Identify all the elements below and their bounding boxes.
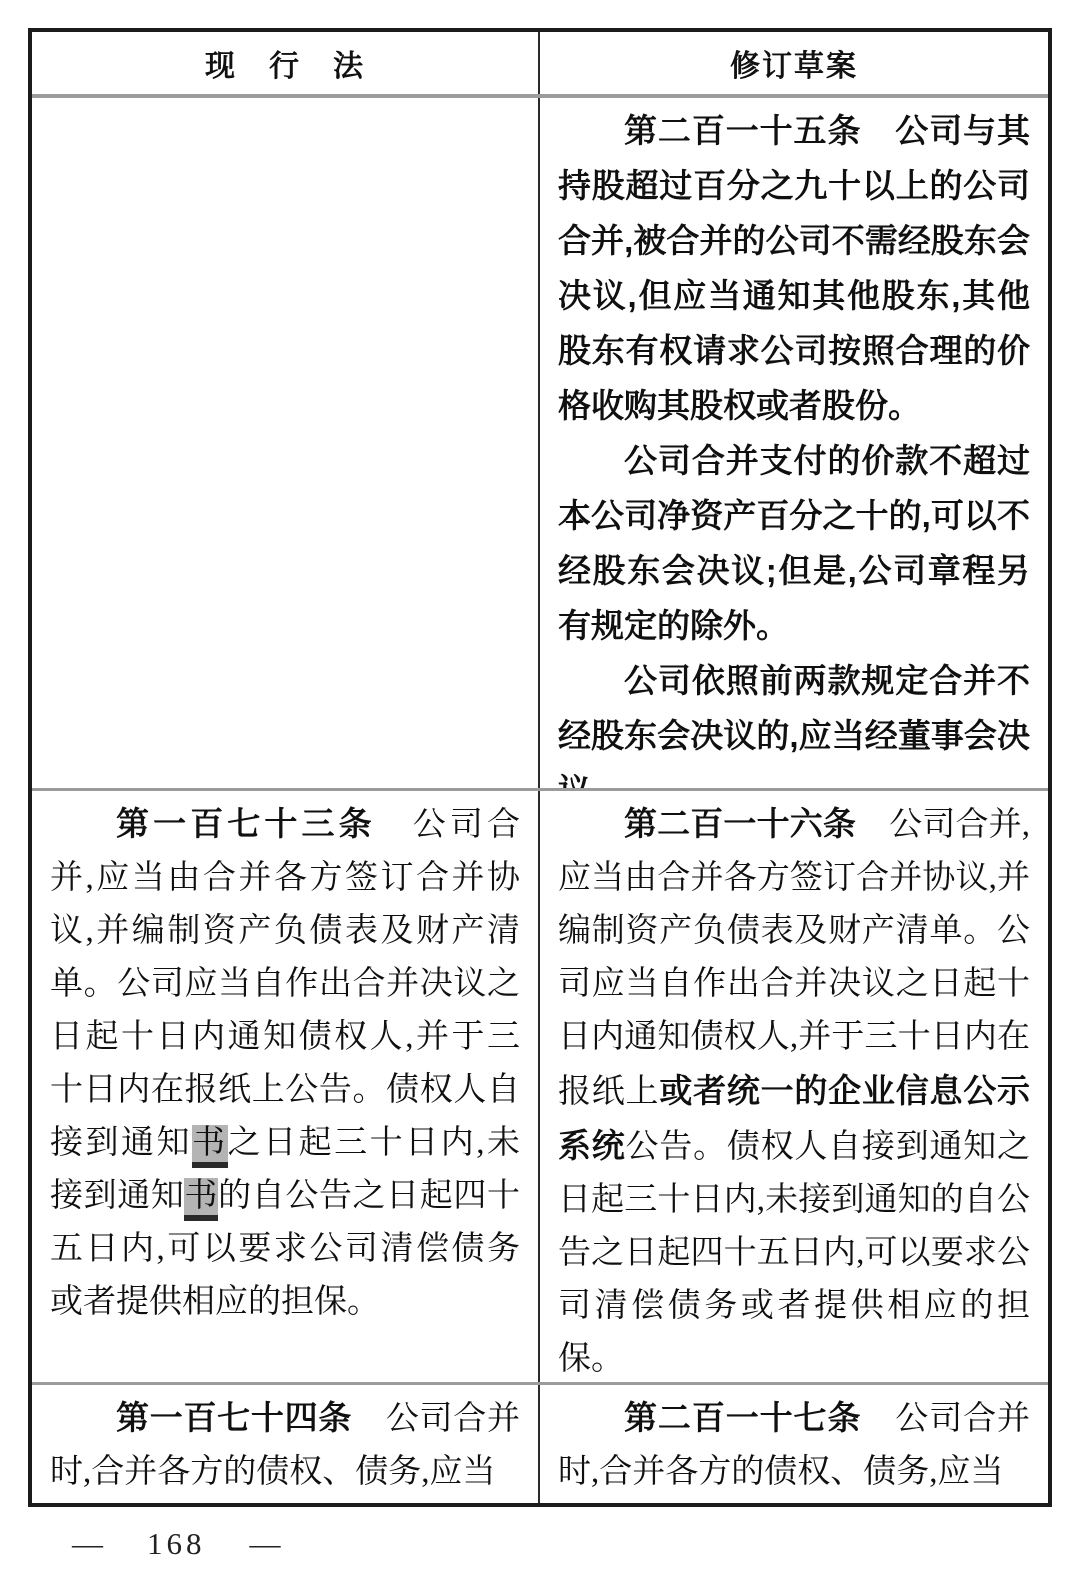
deleted-char-highlight: 书	[184, 1178, 218, 1221]
text-run: 公告。债权人自接到通知之日起三十日内,未接到通知的自公告之日起四十五日内,可以要…	[558, 1129, 1030, 1377]
cell-revision-draft-article-216: 第二百一十六条 公司合并,应当由合并各方签订合并协议,并编制资产负债表及财产清单…	[540, 791, 1048, 1382]
law-comparison-table: 现 行 法 修订草案 第二百一十五条 公司与其持股超过百分之九十以上的公司合并,…	[28, 28, 1052, 1507]
table-row: 第二百一十五条 公司与其持股超过百分之九十以上的公司合并,被合并的公司不需经股东…	[32, 98, 1048, 791]
paragraph: 公司合并支付的价款不超过本公司净资产百分之十的,可以不经股东会决议;但是,公司章…	[558, 434, 1030, 654]
article-number: 第一百七十四条	[116, 1399, 352, 1436]
header-cell-current-law: 现 行 法	[32, 32, 540, 94]
table-row: 第一百七十四条 公司合并时,合并各方的债权、债务,应当 第二百一十七条 公司合并…	[32, 1385, 1048, 1503]
article-number: 第二百一十七条	[624, 1399, 861, 1436]
cell-revision-draft-article-217: 第二百一十七条 公司合并时,合并各方的债权、债务,应当	[540, 1385, 1048, 1503]
footer-dash-left: —	[72, 1526, 103, 1562]
header-cell-revision-draft: 修订草案	[540, 32, 1048, 94]
paragraph: 第二百一十六条 公司合并,应当由合并各方签订合并协议,并编制资产负债表及财产清单…	[558, 797, 1030, 1382]
paragraph: 第二百一十七条 公司合并时,合并各方的债权、债务,应当	[558, 1391, 1030, 1499]
added-text: 公司依照前两款规定合并不经股东会决议的,应当经董事会决议。	[558, 662, 1030, 788]
added-text: 公司合并支付的价款不超过本公司净资产百分之十的,可以不经股东会决议;但是,公司章…	[558, 442, 1030, 644]
text-run: 公司合并,应当由合并各方签订合并协议,并编制资产负债表及财产清单。公司应当自作出…	[558, 807, 1030, 1110]
cell-current-law-article-174: 第一百七十四条 公司合并时,合并各方的债权、债务,应当	[32, 1385, 540, 1503]
paragraph: 第二百一十五条 公司与其持股超过百分之九十以上的公司合并,被合并的公司不需经股东…	[558, 104, 1030, 434]
cell-current-law-article-173: 第一百七十三条 公司合并,应当由合并各方签订合并协议,并编制资产负债表及财产清单…	[32, 791, 540, 1382]
paragraph: 公司依照前两款规定合并不经股东会决议的,应当经董事会决议。	[558, 654, 1030, 788]
article-number: 第二百一十六条	[624, 805, 856, 842]
cell-revision-draft-article-215: 第二百一十五条 公司与其持股超过百分之九十以上的公司合并,被合并的公司不需经股东…	[540, 98, 1048, 788]
added-text: 公司与其持股超过百分之九十以上的公司合并,被合并的公司不需经股东会决议,但应当通…	[558, 112, 1030, 424]
text-run: 公司合并,应当由合并各方签订合并协议,并编制资产负债表及财产清单。公司应当自作出…	[50, 807, 520, 1161]
footer-dash-right: —	[250, 1526, 281, 1562]
cell-current-law-empty	[32, 98, 540, 788]
page-footer: — 168 —	[72, 1526, 281, 1562]
paragraph: 第一百七十三条 公司合并,应当由合并各方签订合并协议,并编制资产负债表及财产清单…	[50, 797, 520, 1329]
deleted-char-highlight: 书	[192, 1125, 228, 1168]
page-number: 168	[147, 1526, 206, 1562]
article-number: 第二百一十五条	[624, 112, 861, 149]
document-page: 现 行 法 修订草案 第二百一十五条 公司与其持股超过百分之九十以上的公司合并,…	[0, 0, 1080, 1596]
article-number: 第一百七十三条	[116, 805, 376, 842]
table-header-row: 现 行 法 修订草案	[32, 32, 1048, 98]
table-row: 第一百七十三条 公司合并,应当由合并各方签订合并协议,并编制资产负债表及财产清单…	[32, 791, 1048, 1385]
paragraph: 第一百七十四条 公司合并时,合并各方的债权、债务,应当	[50, 1391, 520, 1499]
